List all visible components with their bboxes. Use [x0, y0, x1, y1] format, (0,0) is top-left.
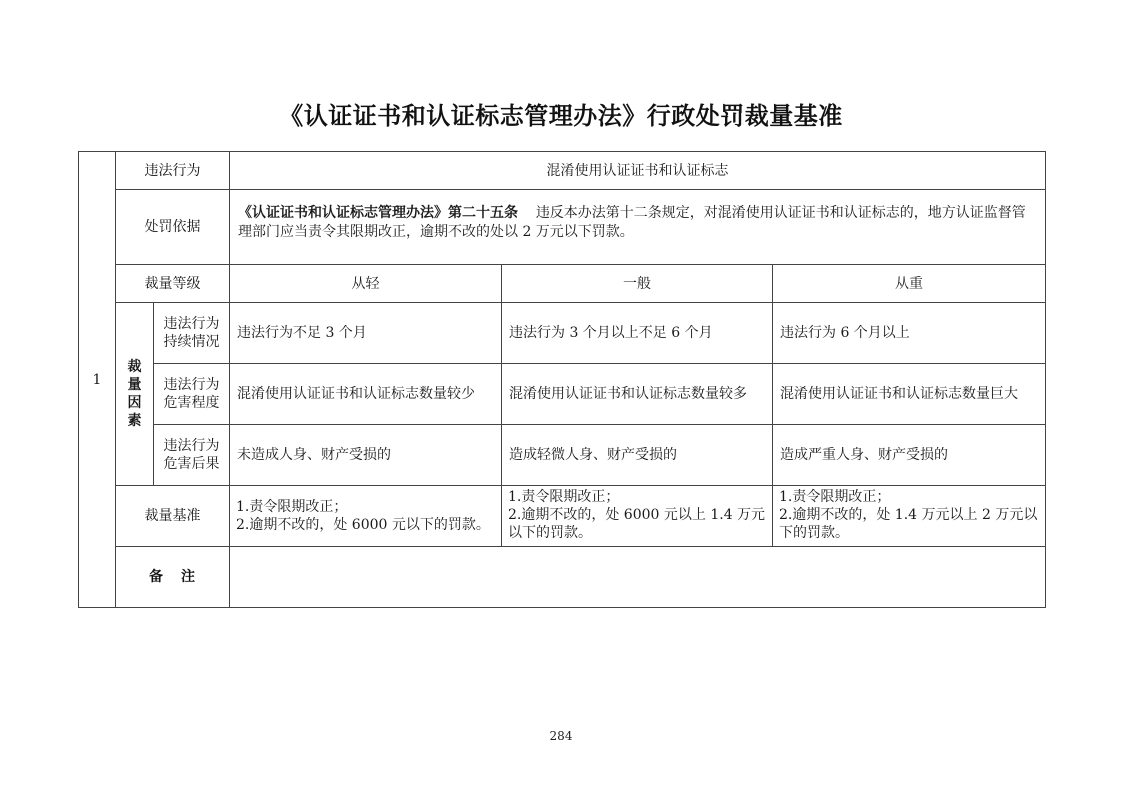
factor-value: 混淆使用认证证书和认证标志数量较少 [230, 364, 502, 425]
row-basis: 处罚依据 《认证证书和认证标志管理办法》第二十五条 违反本办法第十二条规定，对混… [79, 190, 1046, 265]
factor-value: 混淆使用认证证书和认证标志数量较多 [502, 364, 773, 425]
factor-value: 混淆使用认证证书和认证标志数量巨大 [773, 364, 1046, 425]
standard-light: 1.责令限期改正； 2.逾期不改的，处 6000 元以下的罚款。 [230, 486, 502, 547]
factors-label: 裁 量 因 素 [116, 303, 154, 486]
levels-label: 裁量等级 [116, 265, 230, 303]
page-number: 284 [0, 729, 1122, 743]
standard-line: 2.逾期不改的，处 6000 元以下的罚款。 [236, 516, 495, 534]
factors-char: 因 [116, 394, 153, 412]
standard-line: 1.责令限期改正； [508, 488, 766, 506]
standard-line: 1.责令限期改正； [779, 488, 1039, 506]
factor-name-line: 违法行为 [158, 315, 225, 333]
row-factor-severity: 违法行为 危害程度 混淆使用认证证书和认证标志数量较少 混淆使用认证证书和认证标… [79, 364, 1046, 425]
standard-line: 1.责令限期改正； [236, 498, 495, 516]
row-remarks: 备注 [79, 547, 1046, 608]
violation-label: 违法行为 [116, 152, 230, 190]
factor-value: 违法行为 6 个月以上 [773, 303, 1046, 364]
violation-value: 混淆使用认证证书和认证标志 [230, 152, 1046, 190]
factor-name-line: 违法行为 [158, 437, 225, 455]
factor-name-line: 持续情况 [158, 333, 225, 351]
item-number: 1 [79, 152, 116, 608]
factor-name: 违法行为 危害程度 [154, 364, 230, 425]
factor-value: 未造成人身、财产受损的 [230, 425, 502, 486]
row-violation: 1 违法行为 混淆使用认证证书和认证标志 [79, 152, 1046, 190]
factor-name-line: 危害程度 [158, 394, 225, 412]
level-general: 一般 [502, 265, 773, 303]
row-factor-consequence: 违法行为 危害后果 未造成人身、财产受损的 造成轻微人身、财产受损的 造成严重人… [79, 425, 1046, 486]
remarks-label: 备注 [116, 547, 230, 608]
factor-value: 造成轻微人身、财产受损的 [502, 425, 773, 486]
basis-label: 处罚依据 [116, 190, 230, 265]
standard-line: 2.逾期不改的，处 1.4 万元以上 2 万元以下的罚款。 [779, 506, 1039, 542]
factors-char: 裁 [116, 358, 153, 376]
factors-char: 素 [116, 412, 153, 430]
factor-name-line: 危害后果 [158, 455, 225, 473]
standard-line: 2.逾期不改的，处 6000 元以上 1.4 万元以下的罚款。 [508, 506, 766, 542]
factor-value: 违法行为 3 个月以上不足 6 个月 [502, 303, 773, 364]
level-heavy: 从重 [773, 265, 1046, 303]
basis-cell: 《认证证书和认证标志管理办法》第二十五条 违反本办法第十二条规定，对混淆使用认证… [230, 190, 1046, 265]
factor-name: 违法行为 危害后果 [154, 425, 230, 486]
level-light: 从轻 [230, 265, 502, 303]
factor-value: 违法行为不足 3 个月 [230, 303, 502, 364]
remarks-value [230, 547, 1046, 608]
standard-heavy: 1.责令限期改正； 2.逾期不改的，处 1.4 万元以上 2 万元以下的罚款。 [773, 486, 1046, 547]
row-factor-duration: 裁 量 因 素 违法行为 持续情况 违法行为不足 3 个月 违法行为 3 个月以… [79, 303, 1046, 364]
factor-name: 违法行为 持续情况 [154, 303, 230, 364]
factors-char: 量 [116, 376, 153, 394]
row-standard: 裁量基准 1.责令限期改正； 2.逾期不改的，处 6000 元以下的罚款。 1.… [79, 486, 1046, 547]
standard-label: 裁量基准 [116, 486, 230, 547]
row-levels: 裁量等级 从轻 一般 从重 [79, 265, 1046, 303]
basis-article: 《认证证书和认证标志管理办法》第二十五条 [238, 205, 518, 221]
factor-value: 造成严重人身、财产受损的 [773, 425, 1046, 486]
standard-general: 1.责令限期改正； 2.逾期不改的，处 6000 元以上 1.4 万元以下的罚款… [502, 486, 773, 547]
factor-name-line: 违法行为 [158, 376, 225, 394]
document-title: 《认证证书和认证标志管理办法》行政处罚裁量基准 [0, 96, 1122, 131]
penalty-discretion-table: 1 违法行为 混淆使用认证证书和认证标志 处罚依据 《认证证书和认证标志管理办法… [78, 151, 1046, 608]
